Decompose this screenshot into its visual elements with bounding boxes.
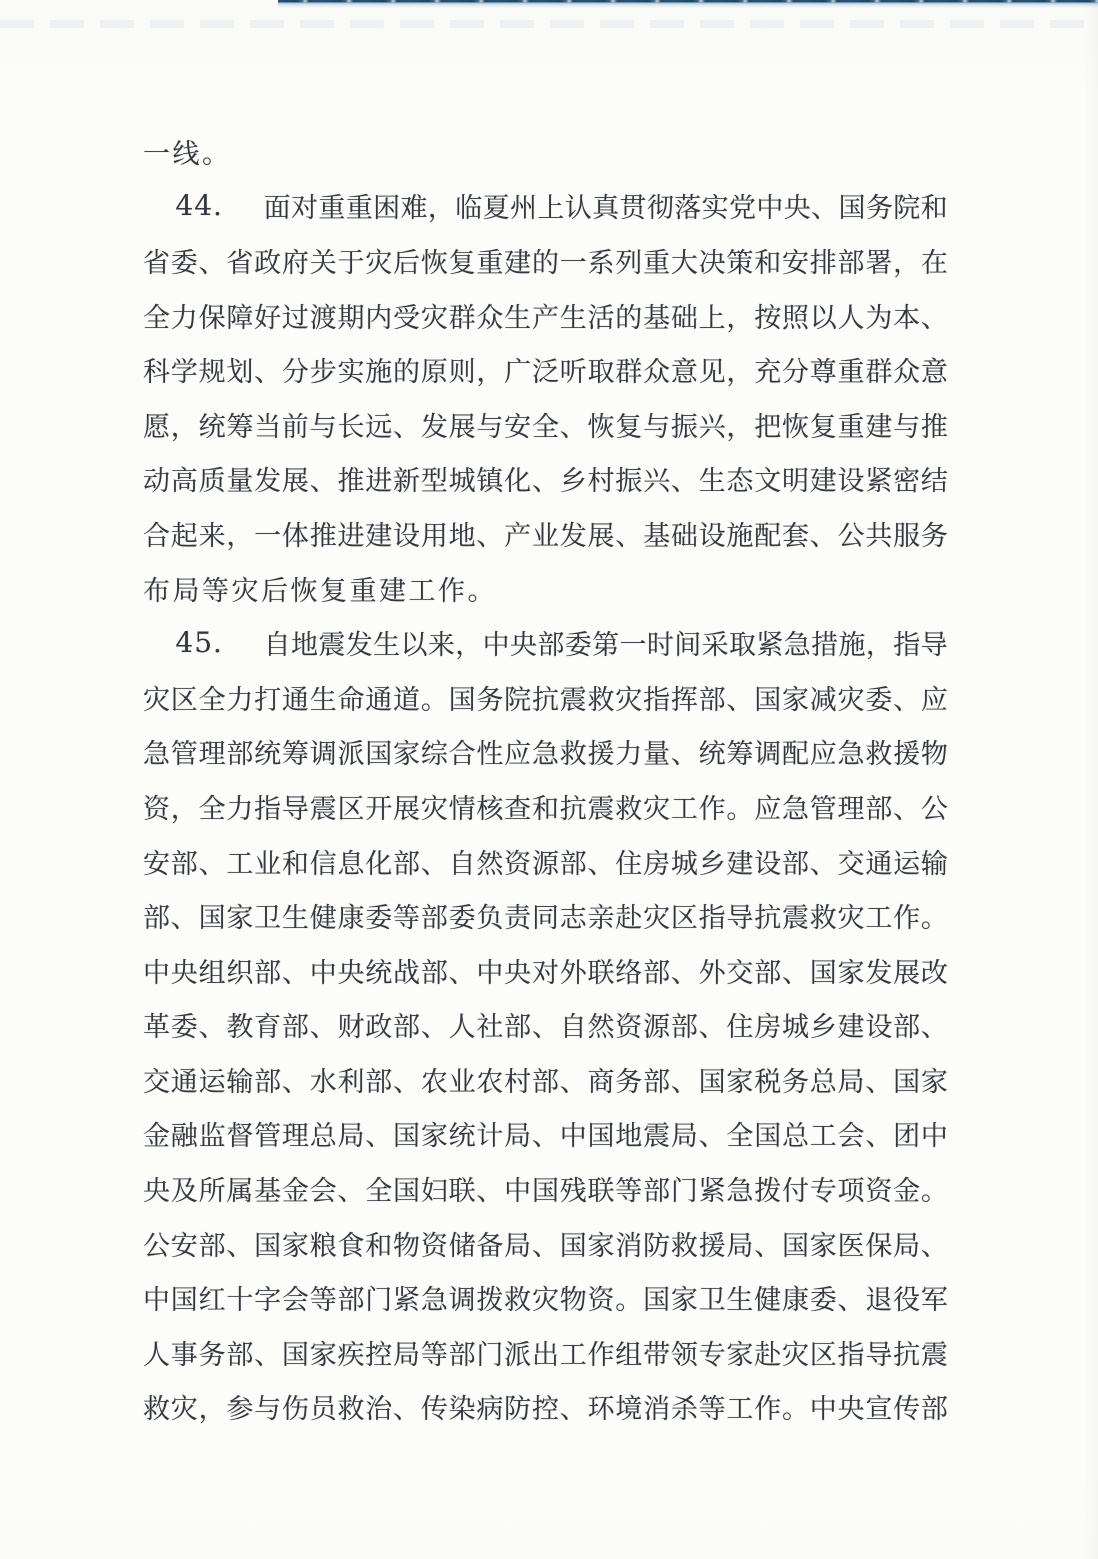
paragraph-number: 44. xyxy=(175,189,223,222)
text-line: 动高质量发展、推进新型城镇化、乡村振兴、生态文明建设紧密结 xyxy=(143,452,948,507)
text-line: 灾区全力打通生命通道。国务院抗震救灾指挥部、国家减灾委、应 xyxy=(143,670,948,725)
scan-artifact-faint-row xyxy=(0,20,1098,28)
text-line: 金融监督管理总局、国家统计局、中国地震局、全国总工会、团中 xyxy=(143,1107,948,1162)
text-line: 部、国家卫生健康委等部委负责同志亲赴灾区指导抗震救灾工作。 xyxy=(143,888,948,943)
text-lines: 一线。44.面对重重困难，临夏州上认真贯彻落实党中央、国务院和省委、省政府关于灾… xyxy=(143,124,948,1434)
text-line: 45.自地震发生以来，中央部委第一时间采取紧急措施，指导 xyxy=(143,615,948,670)
text-line: 救灾，参与伤员救治、传染病防控、环境消杀等工作。中央宣传部 xyxy=(143,1380,948,1435)
text-line: 全力保障好过渡期内受灾群众生产生活的基础上，按照以人为本、 xyxy=(143,288,948,343)
scan-artifact-top-band-glow xyxy=(278,2,1098,8)
text-line: 革委、教育部、财政部、人社部、自然资源部、住房城乡建设部、 xyxy=(143,998,948,1053)
text-line: 一线。 xyxy=(143,124,948,179)
text-line: 科学规划、分步实施的原则，广泛听取群众意见，充分尊重群众意 xyxy=(143,342,948,397)
text-line: 愿，统筹当前与长远、发展与安全、恢复与振兴，把恢复重建与推 xyxy=(143,397,948,452)
text-line: 合起来，一体推进建设用地、产业发展、基础设施配套、公共服务 xyxy=(143,506,948,561)
text-line: 人事务部、国家疾控局等部门派出工作组带领专家赴灾区指导抗震 xyxy=(143,1325,948,1380)
text-line: 央及所属基金会、全国妇联、中国残联等部门紧急拨付专项资金。 xyxy=(143,1161,948,1216)
text-line: 布局等灾后恢复重建工作。 xyxy=(143,561,948,616)
scan-artifact-right-edge xyxy=(1084,0,1098,1559)
text-line: 中央组织部、中央统战部、中央对外联络部、外交部、国家发展改 xyxy=(143,943,948,998)
text-line: 44.面对重重困难，临夏州上认真贯彻落实党中央、国务院和 xyxy=(143,179,948,234)
text-line: 交通运输部、水利部、农业农村部、商务部、国家税务总局、国家 xyxy=(143,1052,948,1107)
text-line: 省委、省政府关于灾后恢复重建的一系列重大决策和安排部署，在 xyxy=(143,233,948,288)
text-line: 公安部、国家粮食和物资储备局、国家消防救援局、国家医保局、 xyxy=(143,1216,948,1271)
text-line: 中国红十字会等部门紧急调拨救灾物资。国家卫生健康委、退役军 xyxy=(143,1270,948,1325)
paragraph-number: 45. xyxy=(175,626,223,659)
text-line: 资，全力指导震区开展灾情核查和抗震救灾工作。应急管理部、公 xyxy=(143,779,948,834)
text-line: 急管理部统筹调派国家综合性应急救援力量、统筹调配应急救援物 xyxy=(143,725,948,780)
document-page: 一线。44.面对重重困难，临夏州上认真贯彻落实党中央、国务院和省委、省政府关于灾… xyxy=(0,0,1098,1559)
text-line: 安部、工业和信息化部、自然资源部、住房城乡建设部、交通运输 xyxy=(143,834,948,889)
